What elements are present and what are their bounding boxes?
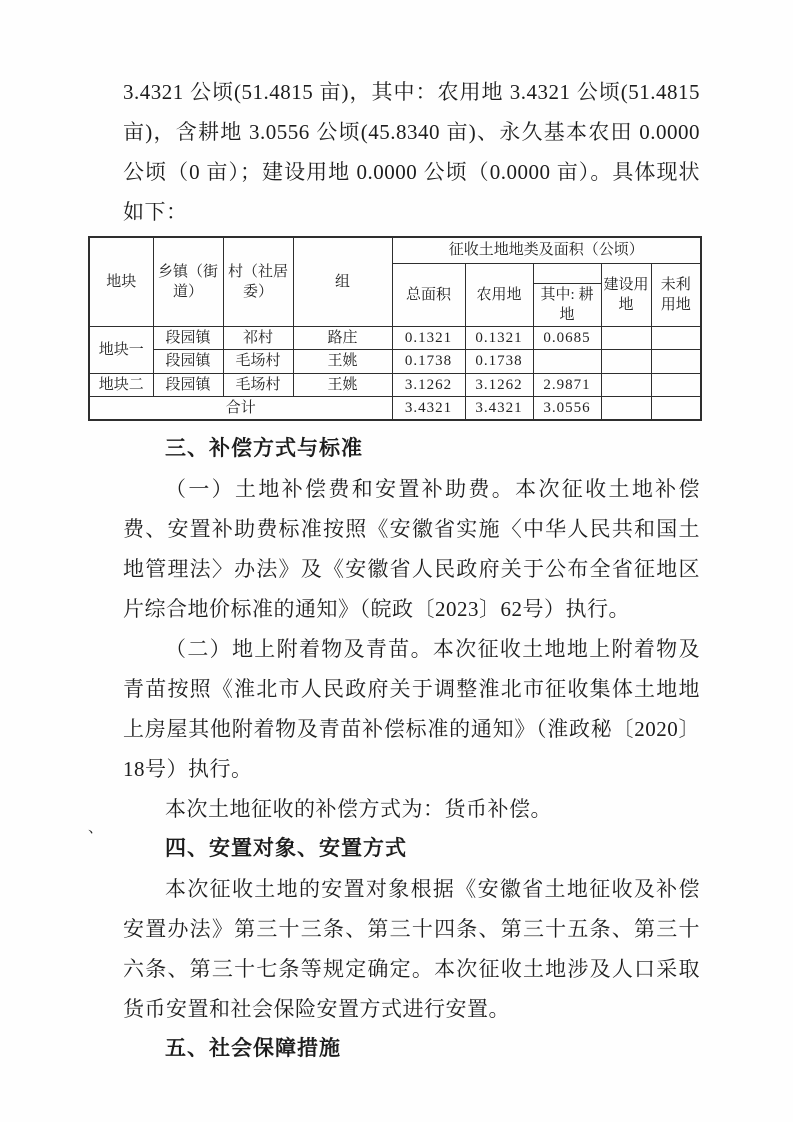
- header-construction-land: 建设用地: [601, 263, 651, 327]
- section-5-heading: 五、社会保障措施: [123, 1029, 700, 1069]
- cell-farm: 2.9871: [533, 373, 601, 396]
- section-3-paragraph-3: 本次土地征收的补偿方式为：货币补偿。: [123, 789, 700, 829]
- header-group: 组: [293, 237, 392, 327]
- cell-village: 祁村: [223, 327, 293, 350]
- cell-block: 地块一: [89, 327, 153, 374]
- land-parcel-table: 地块 乡镇（街道） 村（社居委） 组 征收土地地类及面积（公顷） 总面积 农用地…: [88, 236, 702, 421]
- cell-unused: [651, 327, 701, 350]
- cell-constr: [601, 350, 651, 373]
- table-row: 地块一 段园镇 祁村 路庄 0.1321 0.1321 0.0685: [89, 327, 701, 350]
- cell-agri: 3.1262: [465, 373, 533, 396]
- cell-total: 3.4321: [392, 396, 465, 420]
- cell-group: 王姚: [293, 373, 392, 396]
- cell-group: 路庄: [293, 327, 392, 350]
- cell-total: 0.1321: [392, 327, 465, 350]
- cell-unused: [651, 350, 701, 373]
- cell-agri: 0.1321: [465, 327, 533, 350]
- cell-town: 段园镇: [153, 327, 223, 350]
- cell-total: 3.1262: [392, 373, 465, 396]
- intro-paragraph: 3.4321 公顷(51.4815 亩)，其中：农用地 3.4321 公顷(51…: [123, 72, 700, 232]
- cell-constr: [601, 396, 651, 420]
- cell-total-label: 合计: [89, 396, 392, 420]
- document-content: 3.4321 公顷(51.4815 亩)，其中：农用地 3.4321 公顷(51…: [88, 72, 700, 1069]
- cell-constr: [601, 327, 651, 350]
- cell-town: 段园镇: [153, 373, 223, 396]
- header-block: 地块: [89, 237, 153, 327]
- section-4-heading: 四、安置对象、安置方式: [123, 829, 700, 869]
- cell-village: 毛场村: [223, 373, 293, 396]
- header-village: 村（社居委）: [223, 237, 293, 327]
- section-3-paragraph-1: （一）土地补偿费和安置补助费。本次征收土地补偿费、安置补助费标准按照《安徽省实施…: [123, 469, 700, 629]
- table-row: 段园镇 毛场村 王姚 0.1738 0.1738: [89, 350, 701, 373]
- header-farm-land: 其中: 耕地: [533, 283, 601, 327]
- cell-total: 0.1738: [392, 350, 465, 373]
- cell-group: 王姚: [293, 350, 392, 373]
- cell-farm: [533, 350, 601, 373]
- cell-village: 毛场村: [223, 350, 293, 373]
- cell-town: 段园镇: [153, 350, 223, 373]
- document-page: 3.4321 公顷(51.4815 亩)，其中：农用地 3.4321 公顷(51…: [0, 0, 793, 1122]
- header-total-area: 总面积: [392, 263, 465, 327]
- cell-agri: 3.4321: [465, 396, 533, 420]
- header-farm-blank: [533, 263, 601, 283]
- header-unused-land: 未利用地: [651, 263, 701, 327]
- cell-unused: [651, 396, 701, 420]
- section-3-heading: 三、补偿方式与标准: [123, 429, 700, 469]
- cell-unused: [651, 373, 701, 396]
- cell-farm: 3.0556: [533, 396, 601, 420]
- section-3-paragraph-2: （二）地上附着物及青苗。本次征收土地地上附着物及青苗按照《淮北市人民政府关于调整…: [123, 629, 700, 789]
- table-total-row: 合计 3.4321 3.4321 3.0556: [89, 396, 701, 420]
- cell-block: 地块二: [89, 373, 153, 396]
- header-town: 乡镇（街道）: [153, 237, 223, 327]
- section-3-paragraph-3-wrap: 本次土地征收的补偿方式为：货币补偿。 、: [88, 789, 700, 829]
- table-row: 地块二 段园镇 毛场村 王姚 3.1262 3.1262 2.9871: [89, 373, 701, 396]
- cell-constr: [601, 373, 651, 396]
- stray-punctuation-mark: 、: [88, 821, 103, 836]
- header-agri-land: 农用地: [465, 263, 533, 327]
- header-area-group: 征收土地地类及面积（公顷）: [392, 237, 701, 263]
- section-4-paragraph-1: 本次征收土地的安置对象根据《安徽省土地征收及补偿安置办法》第三十三条、第三十四条…: [123, 869, 700, 1029]
- table-header-row-1: 地块 乡镇（街道） 村（社居委） 组 征收土地地类及面积（公顷）: [89, 237, 701, 263]
- cell-agri: 0.1738: [465, 350, 533, 373]
- cell-farm: 0.0685: [533, 327, 601, 350]
